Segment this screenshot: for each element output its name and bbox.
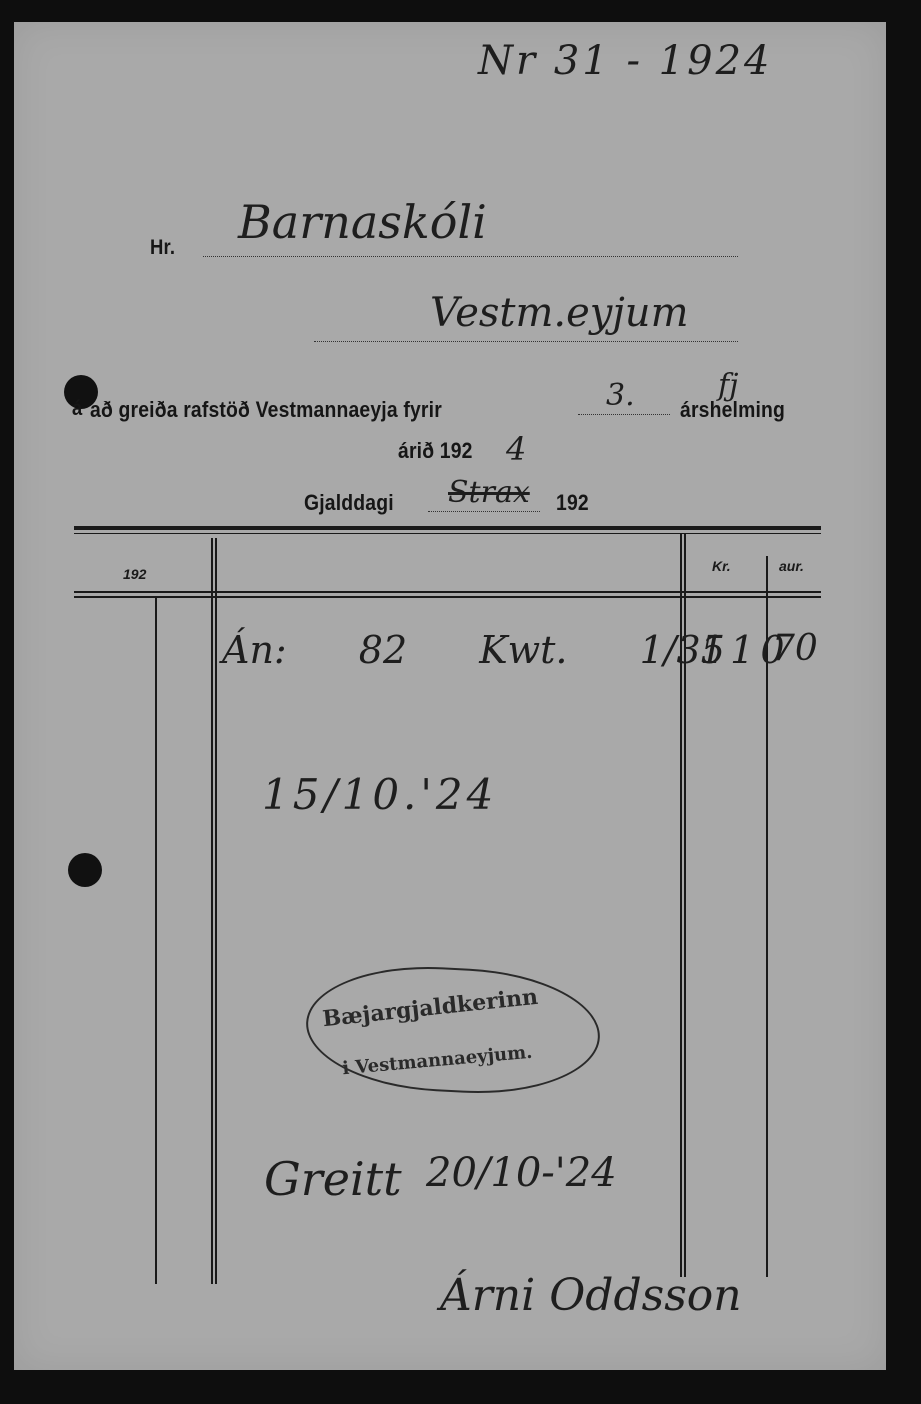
recipient-place: Vestm.eyjum bbox=[430, 290, 689, 336]
col-divider-date-a bbox=[211, 538, 213, 1284]
table-header-rule-2 bbox=[74, 596, 821, 598]
period-value: 3. bbox=[606, 378, 635, 413]
table-top-rule-thin bbox=[74, 533, 821, 534]
header-aur: aur. bbox=[779, 558, 804, 574]
period-correction: fj bbox=[718, 368, 738, 403]
col-divider-date-inner bbox=[155, 598, 157, 1284]
year-value: 4 bbox=[506, 430, 526, 468]
statement-prefix: á bbox=[72, 397, 82, 421]
paid-date: 20/10-'24 bbox=[426, 1150, 617, 1196]
header-kr: Kr. bbox=[712, 558, 731, 574]
header-date: 192 bbox=[123, 566, 146, 582]
recipient-name-line bbox=[203, 256, 738, 257]
due-value: Strax bbox=[448, 475, 530, 510]
paid-label: Greitt bbox=[264, 1152, 402, 1206]
signature: Árni Oddsson bbox=[440, 1270, 742, 1321]
year-label: árið 192 bbox=[398, 438, 473, 464]
due-line bbox=[428, 511, 540, 512]
statement-text: að greiða rafstöð Vestmannaeyja fyrir bbox=[90, 397, 442, 423]
col-divider-date-b bbox=[215, 538, 217, 1284]
due-year: 192 bbox=[556, 490, 589, 516]
period-line bbox=[578, 414, 670, 415]
row-aur: 70 bbox=[772, 628, 818, 669]
table-top-rule-thick bbox=[74, 526, 821, 530]
table-header-rule-1 bbox=[74, 591, 821, 593]
note-date: 15/10.'24 bbox=[262, 770, 497, 819]
row-description: Án: 82 Kwt. 1/35 bbox=[222, 628, 725, 672]
recipient-place-line bbox=[314, 341, 738, 342]
due-label: Gjalddagi bbox=[304, 490, 394, 516]
recipient-name: Barnaskóli bbox=[238, 195, 487, 249]
recipient-label: Hr. bbox=[150, 236, 175, 260]
punch-hole-bottom bbox=[68, 853, 102, 887]
document-number: Nr 31 - 1924 bbox=[478, 38, 772, 84]
